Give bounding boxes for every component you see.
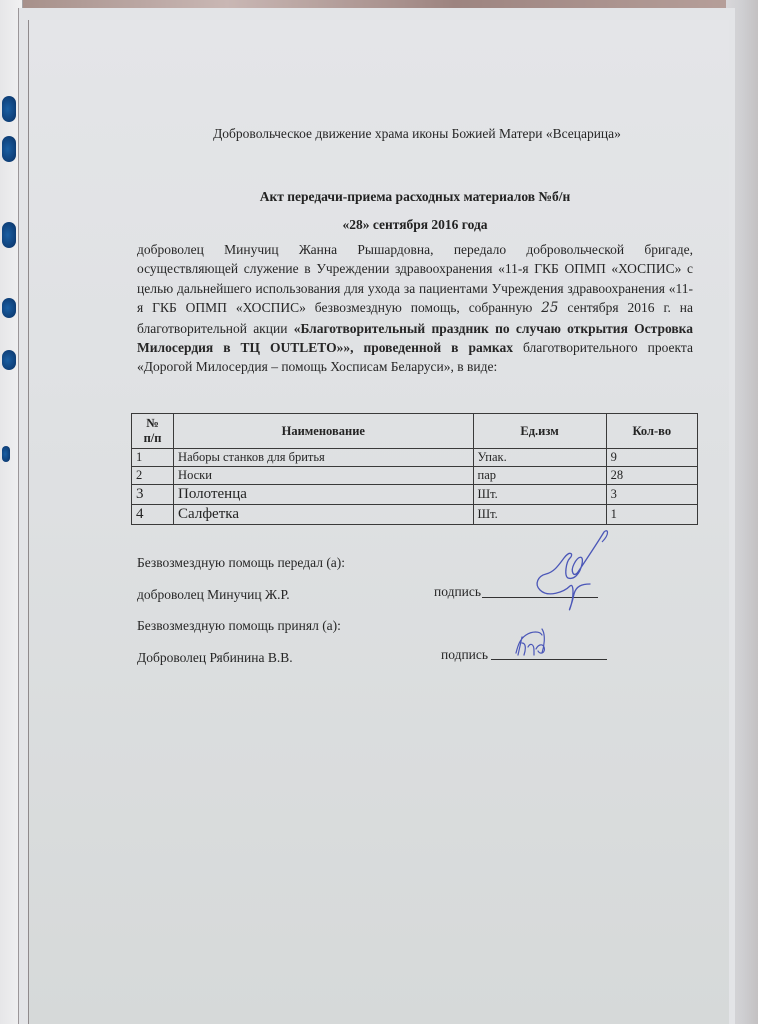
binder-hole-icon xyxy=(2,350,16,370)
header-num: №п/п xyxy=(132,414,174,449)
header-num-line1: № xyxy=(146,416,159,430)
cell-qty: 1 xyxy=(606,505,697,525)
cell-name: Наборы станков для бритья xyxy=(174,449,473,467)
cell-qty: 9 xyxy=(606,449,697,467)
handwritten-day: 25 xyxy=(541,300,558,316)
table-row: 1 Наборы станков для бритья Упак. 9 xyxy=(132,449,698,467)
cell-num: 1 xyxy=(132,449,174,467)
binder-hole-icon xyxy=(2,298,16,318)
giver-signature-icon xyxy=(530,528,615,618)
giver-name: доброволец Минучиц Ж.Р. xyxy=(137,587,290,603)
cell-unit: Упак. xyxy=(473,449,606,467)
header-unit: Ед.изм xyxy=(473,414,606,449)
binder-hole-icon xyxy=(2,446,10,462)
receiver-signature-icon xyxy=(512,625,552,660)
given-label: Безвозмездную помощь передал (а): xyxy=(137,555,345,571)
organization-header: Добровольческое движение храма иконы Бож… xyxy=(172,126,662,142)
cell-qty: 28 xyxy=(606,467,697,485)
cell-num: 2 xyxy=(132,467,174,485)
items-table: №п/п Наименование Ед.изм Кол-во 1 Наборы… xyxy=(131,413,698,525)
binder-hole-icon xyxy=(2,222,16,248)
cell-name: Полотенца xyxy=(174,485,473,505)
cell-num: 4 xyxy=(132,505,174,525)
cell-unit: Шт. xyxy=(473,505,606,525)
giver-signature-label: подпись xyxy=(434,584,481,600)
receiver-name: Доброволец Рябинина В.В. xyxy=(137,650,293,666)
header-qty: Кол-во xyxy=(606,414,697,449)
cell-name: Носки xyxy=(174,467,473,485)
document-date: «28» сентября 2016 года xyxy=(130,217,700,233)
cell-name: Салфетка xyxy=(174,505,473,525)
table-row: 4 Салфетка Шт. 1 xyxy=(132,505,698,525)
cell-qty: 3 xyxy=(606,485,697,505)
cell-num: 3 xyxy=(132,485,174,505)
table-header-row: №п/п Наименование Ед.изм Кол-во xyxy=(132,414,698,449)
header-name: Наименование xyxy=(174,414,473,449)
receiver-signature-label: подпись xyxy=(441,647,488,663)
document-title: Акт передачи-приема расходных материалов… xyxy=(130,189,700,205)
table-row: 2 Носки пар 28 xyxy=(132,467,698,485)
binder-hole-icon xyxy=(2,136,16,162)
received-label: Безвозмездную помощь принял (а): xyxy=(137,618,341,634)
cell-unit: пар xyxy=(473,467,606,485)
header-num-line2: п/п xyxy=(144,431,162,445)
cell-unit: Шт. xyxy=(473,485,606,505)
document-body: доброволец Минучиц Жанна Рышардовна, пер… xyxy=(137,240,693,377)
table-row: 3 Полотенца Шт. 3 xyxy=(132,485,698,505)
binder-hole-icon xyxy=(2,96,16,122)
